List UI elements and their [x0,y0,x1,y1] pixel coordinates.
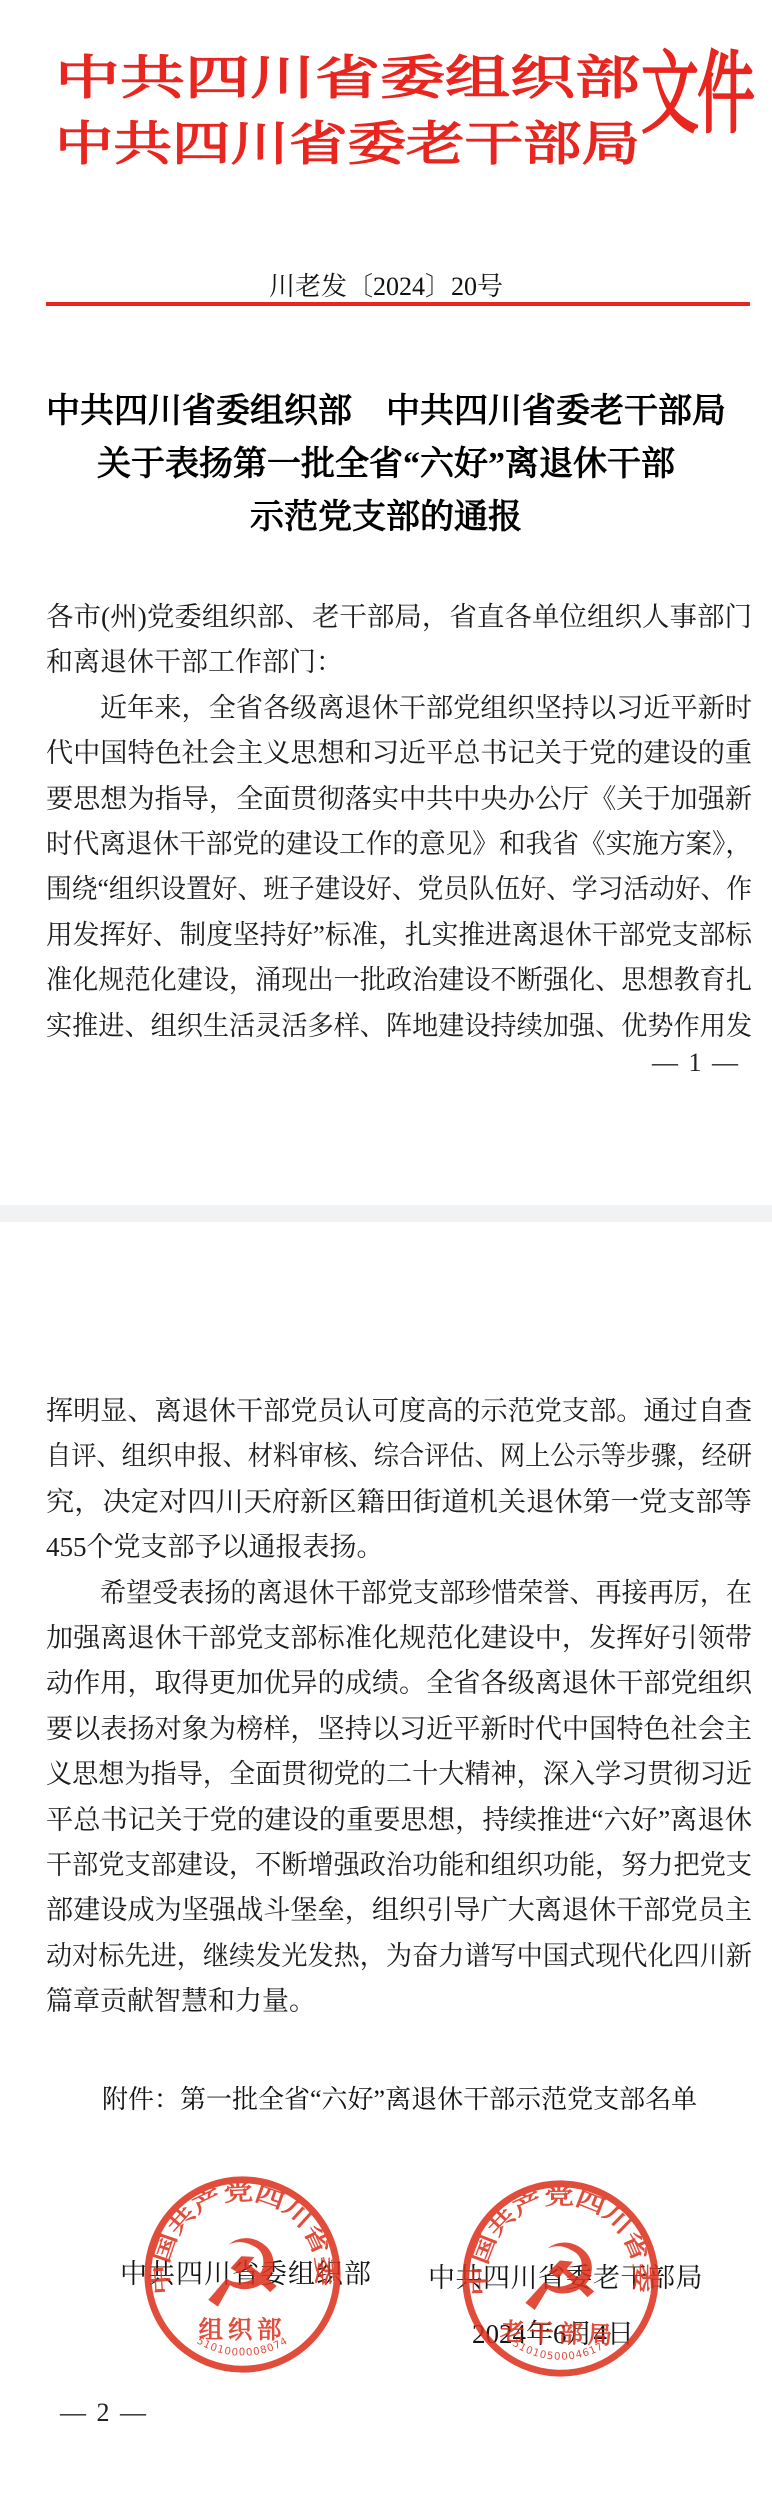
body-line: 挥明显、离退休干部党员认可度高的示范党支部。通过自查 [46,1386,752,1431]
svg-text:实推进、组织生活灵活多样、阵地建设持续加强、优势作用发: 实推进、组织生活灵活多样、阵地建设持续加强、优势作用发 [46,1011,752,1041]
body-line: 动作用，取得更加优异的成绩。全省各级离退休干部党组织 [46,1658,752,1703]
svg-text:动作用，取得更加优异的成绩。全省各级离退休干部党组织: 动作用，取得更加优异的成绩。全省各级离退休干部党组织 [46,1668,752,1698]
body-line: 干部党支部建设，不断增强政治功能和组织功能，努力把党支 [46,1840,752,1885]
body-line: 部建设成为坚强战斗堡垒，组织引导广大离退休干部党员主 [46,1885,752,1930]
doc-type-label: 文件 [641,50,753,140]
svg-text:要思想为指导，全面贯彻落实中共中央办公厅《关于加强新: 要思想为指导，全面贯彻落实中共中央办公厅《关于加强新 [46,784,752,814]
seal-bottom-text: 组织部 [199,2316,287,2344]
official-seal-left: 中国共产党四川省委员会 ☭ 组织部 5101000008074 [140,2172,345,2377]
svg-text:平总书记关于党的建设的重要思想，持续推进“六好”离退休: 平总书记关于党的建设的重要思想，持续推进“六好”离退休 [46,1805,752,1835]
svg-text:用发挥好、制度坚持好”标准，扎实推进离退休干部党支部标: 用发挥好、制度坚持好”标准，扎实推进离退休干部党支部标 [46,920,752,950]
svg-text:准化规范化建设，涌现出一批政治建设不断强化、思想教育扎: 准化规范化建设，涌现出一批政治建设不断强化、思想教育扎 [46,965,752,995]
document-title: 中共四川省委组织部 中共四川省委老干部局 关于表扬第一批全省“六好”离退休干部 … [0,385,772,544]
body-line: 用发挥好、制度坚持好”标准，扎实推进离退休干部党支部标 [46,910,752,955]
svg-text:时代离退休干部党的建设工作的意见》和我省《实施方案》，: 时代离退休干部党的建设工作的意见》和我省《实施方案》， [46,829,752,859]
body-line: 平总书记关于党的建设的重要思想，持续推进“六好”离退休 [46,1795,752,1840]
svg-text:代中国特色社会主义思想和习近平总书记关于党的建设的重: 代中国特色社会主义思想和习近平总书记关于党的建设的重 [46,738,752,768]
svg-text:干部党支部建设，不断增强政治功能和组织功能，努力把党支: 干部党支部建设，不断增强政治功能和组织功能，努力把党支 [46,1850,752,1880]
page1-number: — 1 — [652,1048,740,1078]
hammer-sickle-icon: ☭ [200,2221,284,2330]
svg-text:义思想为指导，全面贯彻党的二十大精神，深入学习贯彻习近: 义思想为指导，全面贯彻党的二十大精神，深入学习贯彻习近 [46,1759,752,1789]
letterhead-org-line1-wrap: 中共四川省委组织部 [55,48,640,104]
svg-text:要以表扬对象为榜样，坚持以习近平新时代中国特色社会主: 要以表扬对象为榜样，坚持以习近平新时代中国特色社会主 [46,1714,752,1744]
document-number: 川老发〔2024〕20号 [0,266,772,303]
body-line: 时代离退休干部党的建设工作的意见》和我省《实施方案》， [46,819,752,864]
hammer-sickle-icon: ☭ [517,2223,605,2335]
letterhead-org-line2-wrap: 中共四川省委老干部局 [55,114,640,170]
svg-text:围绕“组织设置好、班子建设好、党员队伍好、学习活动好、作: 围绕“组织设置好、班子建设好、党员队伍好、学习活动好、作 [46,874,752,904]
svg-text:部建设成为坚强战斗堡垒，组织引导广大离退休干部党员主: 部建设成为坚强战斗堡垒，组织引导广大离退休干部党员主 [46,1895,752,1925]
official-document: 中共四川省委组织部 中共四川省委老干部局 文件 川老发〔2024〕20号 中共四… [0,0,772,2495]
svg-text:455个党支部予以通报表扬。: 455个党支部予以通报表扬。 [46,1532,384,1562]
svg-text:近年来，全省各级离退休干部党组织坚持以习近平新时: 近年来，全省各级离退休干部党组织坚持以习近平新时 [100,693,752,723]
svg-text:动对标先进，继续发光发热，为奋力谱写中国式现代化四川新: 动对标先进，继续发光发热，为奋力谱写中国式现代化四川新 [46,1941,752,1971]
svg-text:自评、组织申报、材料审核、综合评估、网上公示等步骤，经研: 自评、组织申报、材料审核、综合评估、网上公示等步骤，经研 [46,1441,752,1471]
svg-text:和离退休干部工作部门：: 和离退休干部工作部门： [46,647,343,677]
body-line: 义思想为指导，全面贯彻党的二十大精神，深入学习贯彻习近 [46,1749,752,1794]
svg-text:挥明显、离退休干部党员认可度高的示范党支部。通过自查: 挥明显、离退休干部党员认可度高的示范党支部。通过自查 [46,1396,752,1426]
body-line: 各市(州)党委组织部、老干部局，省直各单位组织人事部门 [46,592,752,637]
title-line3: 示范党支部的通报 [0,491,772,544]
body-line: 要以表扬对象为榜样，坚持以习近平新时代中国特色社会主 [46,1704,752,1749]
attachment-line: 附件：第一批全省“六好”离退休干部示范党支部名单 [102,2079,697,2116]
svg-text:各市(州)党委组织部、老干部局，省直各单位组织人事部门: 各市(州)党委组织部、老干部局，省直各单位组织人事部门 [46,602,752,632]
body-line: 围绕“组织设置好、班子建设好、党员队伍好、学习活动好、作 [46,864,752,909]
letterhead-divider-line [46,302,750,306]
official-seal-right: 中国共产党四川省委员会 ☭ 老干部局 5101050004617 [454,2172,666,2384]
svg-text:加强离退休干部党支部标准化规范化建设中，发挥好引领带: 加强离退休干部党支部标准化规范化建设中，发挥好引领带 [46,1623,752,1653]
page2-number: — 2 — [60,2398,148,2428]
body-line: 动对标先进，继续发光发热，为奋力谱写中国式现代化四川新 [46,1931,752,1976]
svg-text:究，决定对四川天府新区籍田街道机关退休第一党支部等: 究，决定对四川天府新区籍田街道机关退休第一党支部等 [46,1487,752,1517]
body-line: 加强离退休干部党支部标准化规范化建设中，发挥好引领带 [46,1613,752,1658]
body-line: 近年来，全省各级离退休干部党组织坚持以习近平新时 [46,683,752,728]
body-line: 希望受表扬的离退休干部党支部珍惜荣誉、再接再厉，在 [46,1568,752,1613]
letterhead-org-line1: 中共四川省委组织部 [55,53,640,104]
letterhead-org-line2: 中共四川省委老干部局 [55,119,640,170]
page2-body: 挥明显、离退休干部党员认可度高的示范党支部。通过自查 自评、组织申报、材料审核、… [46,1386,752,2021]
svg-text:希望受表扬的离退休干部党支部珍惜荣誉、再接再厉，在: 希望受表扬的离退休干部党支部珍惜荣誉、再接再厉，在 [100,1578,752,1608]
body-line: 自评、组织申报、材料审核、综合评估、网上公示等步骤，经研 [46,1431,752,1476]
body-line: 准化规范化建设，涌现出一批政治建设不断强化、思想教育扎 [46,955,752,1000]
page1-body: 各市(州)党委组织部、老干部局，省直各单位组织人事部门 和离退休干部工作部门： … [46,592,752,1046]
body-line: 要思想为指导，全面贯彻落实中共中央办公厅《关于加强新 [46,774,752,819]
body-line: 和离退休干部工作部门： [46,637,752,682]
body-line: 代中国特色社会主义思想和习近平总书记关于党的建设的重 [46,728,752,773]
svg-text:篇章贡献智慧和力量。: 篇章贡献智慧和力量。 [46,1986,316,2016]
title-line2: 关于表扬第一批全省“六好”离退休干部 [0,438,772,491]
title-line1: 中共四川省委组织部 中共四川省委老干部局 [0,385,772,438]
body-line: 篇章贡献智慧和力量。 [46,1976,752,2021]
page-gap-separator [0,1205,772,1222]
body-line: 实推进、组织生活灵活多样、阵地建设持续加强、优势作用发 [46,1001,752,1046]
body-line: 455个党支部予以通报表扬。 [46,1522,752,1567]
body-line: 究，决定对四川天府新区籍田街道机关退休第一党支部等 [46,1477,752,1522]
